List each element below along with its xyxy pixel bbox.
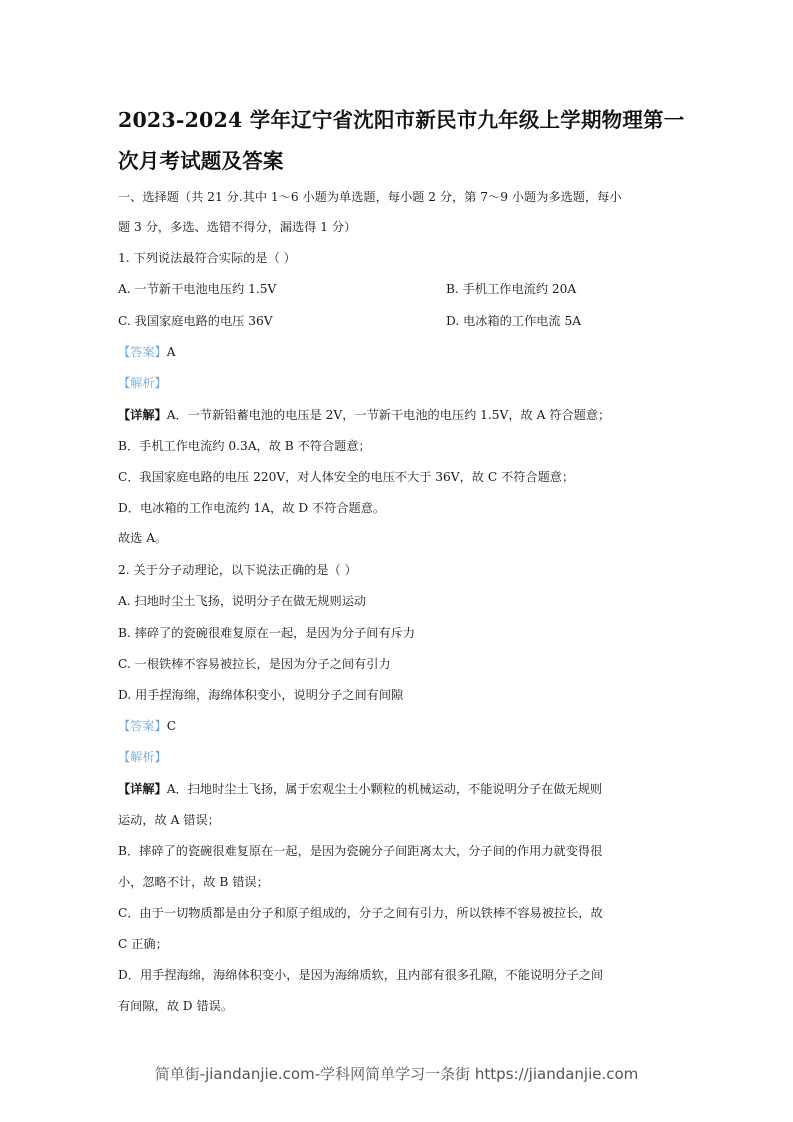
analysis-label: 【解析】 bbox=[118, 376, 167, 390]
q2-detail-line-2: 运动，故 A 错误； bbox=[118, 812, 220, 828]
q1-analysis: 【解析】 bbox=[118, 375, 167, 391]
q2-stem: 2. 关于分子动理论，以下说法正确的是（ ） bbox=[118, 562, 357, 578]
q2-answer: 【答案】C bbox=[118, 718, 176, 734]
q1-option-b: B. 手机工作电流约 20A bbox=[446, 281, 576, 297]
q1-option-c: C. 我国家庭电路的电压 36V bbox=[118, 313, 273, 329]
q1-option-d: D. 电冰箱的工作电流 5A bbox=[446, 313, 581, 329]
q1-detail-line-1: 【详解】A．一节新铅蓄电池的电压是 2V，一节新干电池的电压约 1.5V，故 A… bbox=[118, 407, 610, 423]
q1-detail-line-2: B．手机工作电流约 0.3A，故 B 不符合题意； bbox=[118, 438, 371, 454]
analysis-label: 【解析】 bbox=[118, 750, 167, 764]
document-title: 2023-2024 学年辽宁省沈阳市新民市九年级上学期物理第一 次月考试题及答案 bbox=[118, 100, 688, 182]
q1-answer: 【答案】A bbox=[118, 344, 176, 360]
q2-detail-line-6: C 正确； bbox=[118, 936, 168, 952]
detail-label: 【详解】 bbox=[118, 782, 167, 796]
q1-detail-line-3: C．我国家庭电路的电压 220V，对人体安全的电压不大于 36V，故 C 不符合… bbox=[118, 469, 574, 485]
section-header-line-2: 题 3 分，多选、选错不得分，漏选得 1 分） bbox=[118, 219, 356, 235]
title-line-2: 次月考试题及答案 bbox=[118, 141, 688, 182]
q1-conclusion: 故选 A。 bbox=[118, 530, 167, 546]
q2-option-b: B. 摔碎了的瓷碗很难复原在一起，是因为分子间有斥力 bbox=[118, 625, 415, 641]
q1-detail-line-4: D．电冰箱的工作电流约 1A，故 D 不符合题意。 bbox=[118, 500, 385, 516]
q2-option-a: A. 扫地时尘土飞扬，说明分子在做无规则运动 bbox=[118, 593, 366, 609]
section-header-line-1: 一、选择题（共 21 分.其中 1～6 小题为单选题，每小题 2 分，第 7～9… bbox=[118, 189, 622, 205]
q2-detail-line-5: C．由于一切物质都是由分子和原子组成的，分子之间有引力，所以铁棒不容易被拉长，故 bbox=[118, 905, 603, 921]
q2-detail-line-8: 有间隙，故 D 错误。 bbox=[118, 998, 233, 1014]
detail-label: 【详解】 bbox=[118, 408, 167, 422]
q2-detail-line-7: D．用手捏海绵，海绵体积变小，是因为海绵质软，且内部有很多孔隙，不能说明分子之间 bbox=[118, 967, 603, 983]
answer-label: 【答案】 bbox=[118, 719, 167, 733]
footer-watermark: 简单街-jiandanjie.com-学科网简单学习一条街 https://ji… bbox=[0, 1063, 793, 1084]
answer-value: A bbox=[167, 345, 176, 359]
title-line-1: 2023-2024 学年辽宁省沈阳市新民市九年级上学期物理第一 bbox=[118, 100, 688, 141]
q2-option-d: D. 用手捏海绵，海绵体积变小，说明分子之间有间隙 bbox=[118, 687, 403, 703]
q2-option-c: C. 一根铁棒不容易被拉长，是因为分子之间有引力 bbox=[118, 656, 391, 672]
q2-detail-line-3: B．摔碎了的瓷碗很难复原在一起，是因为瓷碗分子间距离太大，分子间的作用力就变得很 bbox=[118, 843, 602, 859]
answer-label: 【答案】 bbox=[118, 345, 167, 359]
answer-value: C bbox=[167, 719, 176, 733]
q1-option-a: A. 一节新干电池电压约 1.5V bbox=[118, 281, 276, 297]
q2-detail-line-1: 【详解】A．扫地时尘土飞扬，属于宏观尘土小颗粒的机械运动，不能说明分子在做无规则 bbox=[118, 781, 602, 797]
q1-stem: 1. 下列说法最符合实际的是（ ） bbox=[118, 250, 296, 266]
q2-detail-line-4: 小，忽略不计，故 B 错误； bbox=[118, 874, 269, 890]
q2-analysis: 【解析】 bbox=[118, 749, 167, 765]
